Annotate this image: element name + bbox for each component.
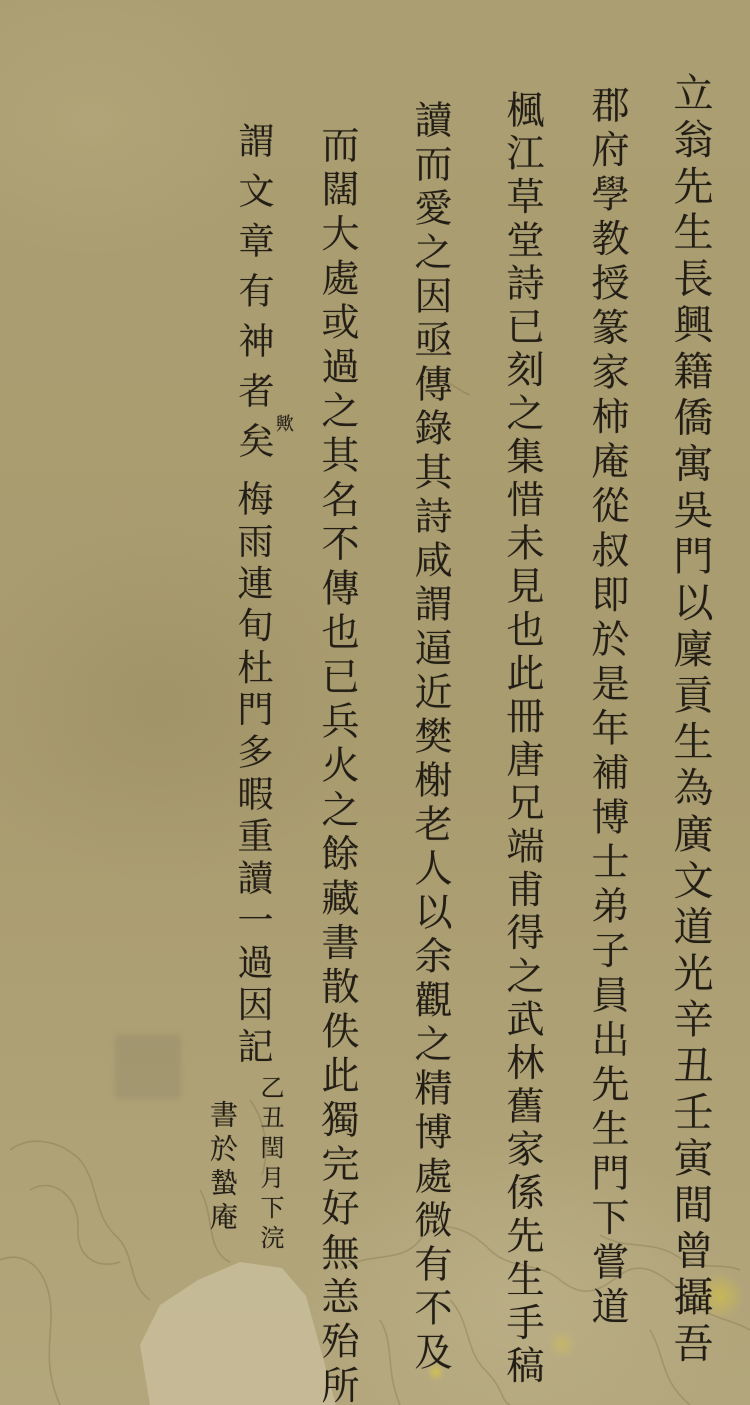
- faint-seal-impression: [115, 1035, 181, 1099]
- text-column-4: 讀而愛之因亟傳錄其詩咸謂逼近樊榭老人以余觀之精博處微有不及: [411, 100, 449, 1376]
- text-column-3: 楓江草堂詩已刻之集惜未見也此冊唐兄端甫得之武林舊家係先生手稿: [503, 90, 541, 1389]
- manuscript-page: 立翁先生長興籍僑寓吳門以廩貢生為廣文道光辛丑壬寅間曾攝吾 郡府學教授篆家柿庵從叔…: [0, 0, 750, 1405]
- paper-repair-patch: [0, 0, 750, 1405]
- colophon-date: 乙丑閏月下浣: [258, 1075, 282, 1255]
- text-column-1: 立翁先生長興籍僑寓吳門以廩貢生為廣文道光辛丑壬寅間曾攝吾: [670, 72, 710, 1368]
- water-stain-overlay: [0, 0, 750, 1405]
- text-column-2: 郡府學教授篆家柿庵從叔即於是年補博士弟子員出先生門下嘗道: [588, 85, 626, 1331]
- text-column-5: 而闊大處或過之其名不傳也已兵火之餘藏書散佚此獨完好無恙殆所: [318, 125, 356, 1405]
- text-column-6-upper: 謂文章有神者矣: [235, 122, 271, 472]
- text-column-6-lower: 梅雨連旬杜門多暇重讀一過因記: [234, 480, 270, 1069]
- colophon-signature: 書於蟄庵: [208, 1100, 236, 1236]
- interlinear-correction: 歟: [274, 414, 292, 432]
